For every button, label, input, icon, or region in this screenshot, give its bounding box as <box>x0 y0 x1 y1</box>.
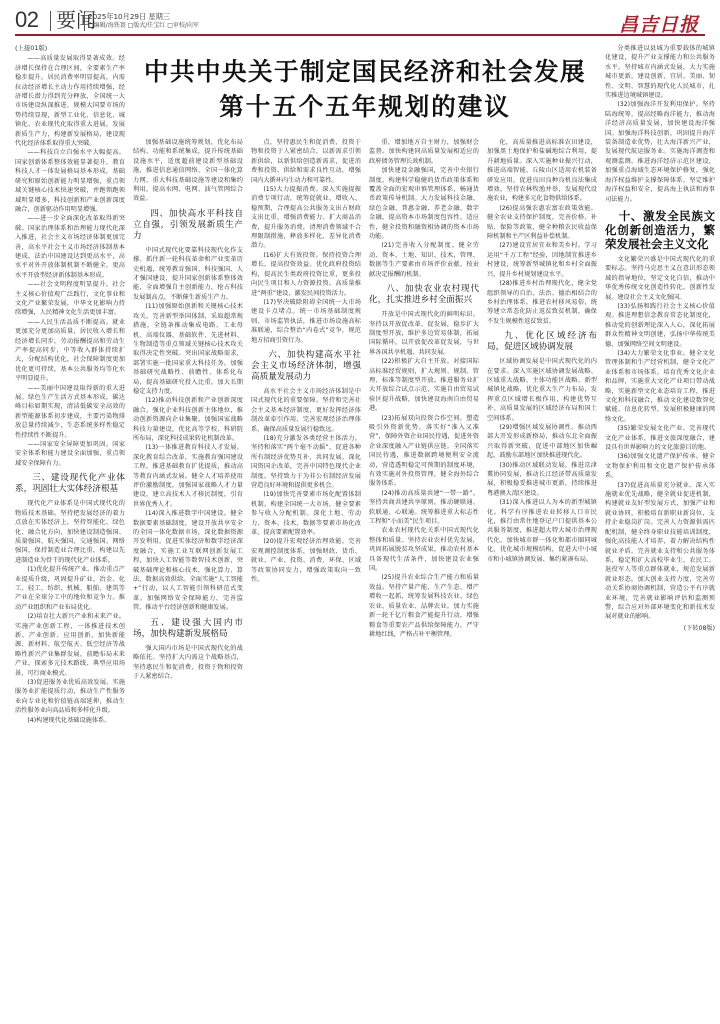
paragraph: (13)一体推进教育科技人才发展。深化教育综合改革，实施教育强国建设工程，推进基… <box>133 443 243 509</box>
headline-line-2: 第十五个五年规划的建议 <box>133 91 597 123</box>
page-number: 02 <box>15 8 38 32</box>
paragraph: 现代化产业体系是中国式现代化的物质技术基础。坚持把发展经济的着力点放在实体经济上… <box>15 499 125 565</box>
paragraph: ——高质量发展取得显著成效。经济增长保持在合理区间，全要素生产率稳步提升，居民消… <box>15 54 125 148</box>
divider <box>50 11 51 31</box>
paragraph: (36)加强文化遗产保护传承。健全文物保护利用和文化遗产保护传承体系。 <box>605 452 715 480</box>
paragraph: (18)充分激发各类经营主体活力。坚持和落实“两个毫不动摇”，促进各种所有制经济… <box>251 434 361 490</box>
masthead: 02 要闻 2025年10月29日 星期三 □编辑/海铁寰 □版式/任宝红 □审… <box>15 8 705 36</box>
section-heading: 四、加快高水平科技自立自强，引领发展新质生产力 <box>133 209 243 242</box>
paragraph: (33)弘扬和践行社会主义核心价值观。推进理想信念教育常态化制度化，推动党的创新… <box>605 302 715 349</box>
paragraph: ——人民生活品质不断提高。就业更加充分更加高质量，居民收入增长和经济增长同步，劳… <box>15 318 125 384</box>
paragraph: 中国式现代化要靠科技现代化作支撑。抓住新一轮科技革命和产业变革历史机遇，统筹教育… <box>133 246 243 302</box>
continued-on-note: (下转08版) <box>605 624 715 633</box>
issue-meta: 2025年10月29日 星期三 □编辑/海铁寰 □版式/任宝红 □审校/向军 <box>88 12 199 30</box>
paragraph: (34)大力繁荣文化事业。健全文化管理体制和生产经营机制，健全文化产业体系和市场… <box>605 349 715 424</box>
paragraph: 区域协调发展是中国式现代化的内在要求。深入实施区域协调发展战略、区域重大战略、主… <box>487 357 597 423</box>
paragraph: (22)积极扩大自主开放。对接国际高标准经贸规则，扩大规则、规制、管理、标准等制… <box>369 357 479 413</box>
paragraph: 化，高质量推进高标准农田建设，加强黑土地保护和盐碱地综合利用，提升耕地质量。深入… <box>487 138 597 204</box>
headline-line-1: 中共中央关于制定国民经济和社会发展 <box>133 56 597 88</box>
paragraph: ——国家安全屏障更加巩固。国家安全体系和能力建设全面加强，重点领域安全保障有力。 <box>15 440 125 468</box>
article-column-6: 分类推进以县城为重要载体的城镇化建设，提升产业支撑能力和公共服务水平。坚持城市内… <box>605 44 715 1019</box>
paragraph: (15)大力提振消费。深入实施提振消费专项行动，统筹促就业、增收入、稳预期，合理… <box>251 185 361 251</box>
paragraph: (12)推动科技创新和产业创新深度融合。强化企业科技创新主体地位，推动创新资源向… <box>133 396 243 443</box>
paragraph: (2)培育壮大新兴产业和未来产业。实施产业创新工程，一体推进技术创新、产业创新、… <box>15 612 125 678</box>
paragraph: (29)增强区域发展协调性。推动西部大开发形成新格局，推动东北全面振兴取得新突破… <box>487 423 597 461</box>
paragraph: (31)深入推进以人为本的新型城镇化。科学有序推进农业转移人口市民化，推行由常住… <box>487 498 597 564</box>
paragraph: (11)加强原始创新和关键核心技术攻关。完善新型举国体制，采取超常规措施，全链条… <box>133 302 243 396</box>
paragraph: (1)优化提升传统产业。推动重点产业提质升级，巩固提升矿业、冶金、化工、轻工、纺… <box>15 565 125 612</box>
paragraph: 重，增加地方自主财力，加强财会监督。加快构建同高质量发展相适应的政府债务管理长效… <box>369 138 479 166</box>
paragraph: (28)推进乡村治理现代化，健全党组织领导的自治、法治、德治相结合的乡村治理体系… <box>487 279 597 326</box>
paragraph: (4)构建现代化基础设施体系。 <box>15 716 125 725</box>
paragraph: 加快建设金融强国，完善中央银行制度，构建科学稳健的货币政策体系和覆盖全面的宏观审… <box>369 166 479 241</box>
article-column-4: 重，增加地方自主财力，加强财会监督。加快构建同高质量发展相适应的政府债务管理长效… <box>369 138 479 1018</box>
paragraph: (23)拓展双向投资合作空间。塑造吸引外资新优势，落实好“准入又准营”，保障外资… <box>369 414 479 489</box>
section-heading: 五、建设强大国内市场，加快构建新发展格局 <box>133 618 243 640</box>
paragraph: 强大国内市场是中国式现代化的战略依托。坚持扩大内需这个战略基点，坚持惠民生和促消… <box>133 644 243 682</box>
paragraph: (19)加快完善要素市场化配置体制机制。构建全国统一大市场，健全要素参与收入分配… <box>251 490 361 537</box>
paragraph: 农业农村现代化关系中国式现代化整体和质量。坚持农业农村优先发展，巩固拓展脱贫攻坚… <box>369 526 479 573</box>
paragraph: ——进一步全面深化改革取得新突破。国家治理体系和治理能力现代化深入推进，社会主义… <box>15 214 125 280</box>
paragraph: (17)坚决破除阻碍全国统一大市场建设卡点堵点。统一市场基础制度规则、市场监管执… <box>251 298 361 345</box>
article-column-1: (上接01版) ——高质量发展取得显著成效。经济增长保持在合理区间，全要素生产率… <box>15 44 125 1019</box>
article-column-3: 点，坚持惠民生和促消费、投资于物和投资于人紧密结合，以新需求引领新供给，以新供给… <box>251 138 361 1018</box>
divider <box>84 11 85 31</box>
paragraph: (37)促进高质量充分就业。深入实施就业优先战略，健全就业促进机制，构建就业友好… <box>605 481 715 622</box>
section-heading: 八、加快农业农村现代化，扎实推进乡村全面振兴 <box>369 284 479 306</box>
section-heading: 三、建设现代化产业体系，巩固壮大实体经济根基 <box>15 473 125 495</box>
paragraph: (16)扩大有效投资。保持投资合理增长，提高投资效益。优化政府投资结构，提高民生… <box>251 251 361 298</box>
paragraph: (24)推动高质量共建“一带一路”。坚持共商共建共享原则，推动硬联通、软联通、心… <box>369 489 479 527</box>
paragraph: 开放是中国式现代化的鲜明标识。坚持以开放促改革、促发展，稳步扩大制度型开放，维护… <box>369 310 479 357</box>
paragraph: (25)提升农业综合生产能力和质量效益。坚持产量产能、生产生态、增产增收一起抓，… <box>369 573 479 639</box>
paragraph: 高水平社会主义市场经济体制是中国式现代化的重要保障。坚持和完善社会主义基本经济制… <box>251 387 361 434</box>
paragraph: ——科技自立自强水平大幅提高。国家创新体系整体效能显著提升，教育科技人才一体发展… <box>15 148 125 214</box>
issue-editors: □编辑/海铁寰 □版式/任宝红 □审校/向军 <box>88 21 199 30</box>
paragraph: (21)完善收入分配制度。健全劳动、资本、土地、知识、技术、管理、数据等生产要素… <box>369 241 479 279</box>
section-heading: 十、激发全民族文化创新创造活力，繁荣发展社会主义文化 <box>605 209 715 251</box>
issue-date: 2025年10月29日 星期三 <box>88 12 199 21</box>
paragraph: (27)建设宜居宜业和美乡村。学习运用“千万工程”经验，因地制宜推进乡村建设，统… <box>487 241 597 279</box>
article-column-2: 加强基础设施统筹规划，优化布局结构、功能和系统集成，提升传统基础设施水平，适度超… <box>133 138 243 1018</box>
paragraph: (32)加强海洋开发利用保护。坚持陆海统筹，提高经略海洋能力，推动海洋经济高质量… <box>605 100 715 203</box>
paragraph: (26)提高强农惠农富农政策效能。健全农业支持保护制度，完善价格、补贴、保险等政… <box>487 204 597 242</box>
paragraph: (20)提升宏观经济治理效能。完善宏观调控制度体系，加强财政、货币、就业、产业、… <box>251 537 361 584</box>
paper-logo: 昌吉日报 <box>619 10 699 37</box>
paragraph: 加强基础设施统筹规划，优化布局结构、功能和系统集成，提升传统基础设施水平，适度超… <box>133 138 243 204</box>
paragraph: (30)推动区域联动发展。推进京津冀协同发展，推动长江经济带高质量发展，积极稳妥… <box>487 461 597 499</box>
paragraph: 分类推进以县城为重要载体的城镇化建设，提升产业支撑能力和公共服务水平。坚持城市内… <box>605 44 715 100</box>
paragraph: 点，坚持惠民生和促消费、投资于物和投资于人紧密结合，以新需求引领新供给，以新供给… <box>251 138 361 185</box>
paragraph: 文化繁荣兴盛是中国式现代化的重要标志。坚持马克思主义在意识形态领域的指导地位，坚… <box>605 255 715 302</box>
paragraph: (35)繁荣发展文化产业。完善现代文化产业体系，推进文旅深度融合，建设具有世界影… <box>605 424 715 452</box>
paragraph: (14)深入推进数字中国建设。健全数据要素基础制度，建设开放共享安全的全国一体化… <box>133 509 243 612</box>
paragraph: ——美丽中国建设取得新的重大进展。绿色生产生活方式基本形成，碳达峰目标如期实现，… <box>15 384 125 440</box>
masthead-rule <box>15 34 705 36</box>
paragraph: (3)促进服务业优质高效发展。实施服务业扩能提质行动，推动生产性服务业向专业化和… <box>15 678 125 716</box>
paragraph: ——社会文明程度明显提升。社会主义核心价值观广泛践行，文化事业和文化产业繁荣发展… <box>15 280 125 318</box>
continued-from-note: (上接01版) <box>15 44 125 53</box>
section-heading: 九、优化区域经济布局，促进区域协调发展 <box>487 331 597 353</box>
article-column-5: 化，高质量推进高标准农田建设，加强黑土地保护和盐碱地综合利用，提升耕地质量。深入… <box>487 138 597 1018</box>
section-heading: 六、加快构建高水平社会主义市场经济体制，增强高质量发展动力 <box>251 350 361 383</box>
headline: 中共中央关于制定国民经济和社会发展 第十五个五年规划的建议 <box>133 56 597 123</box>
